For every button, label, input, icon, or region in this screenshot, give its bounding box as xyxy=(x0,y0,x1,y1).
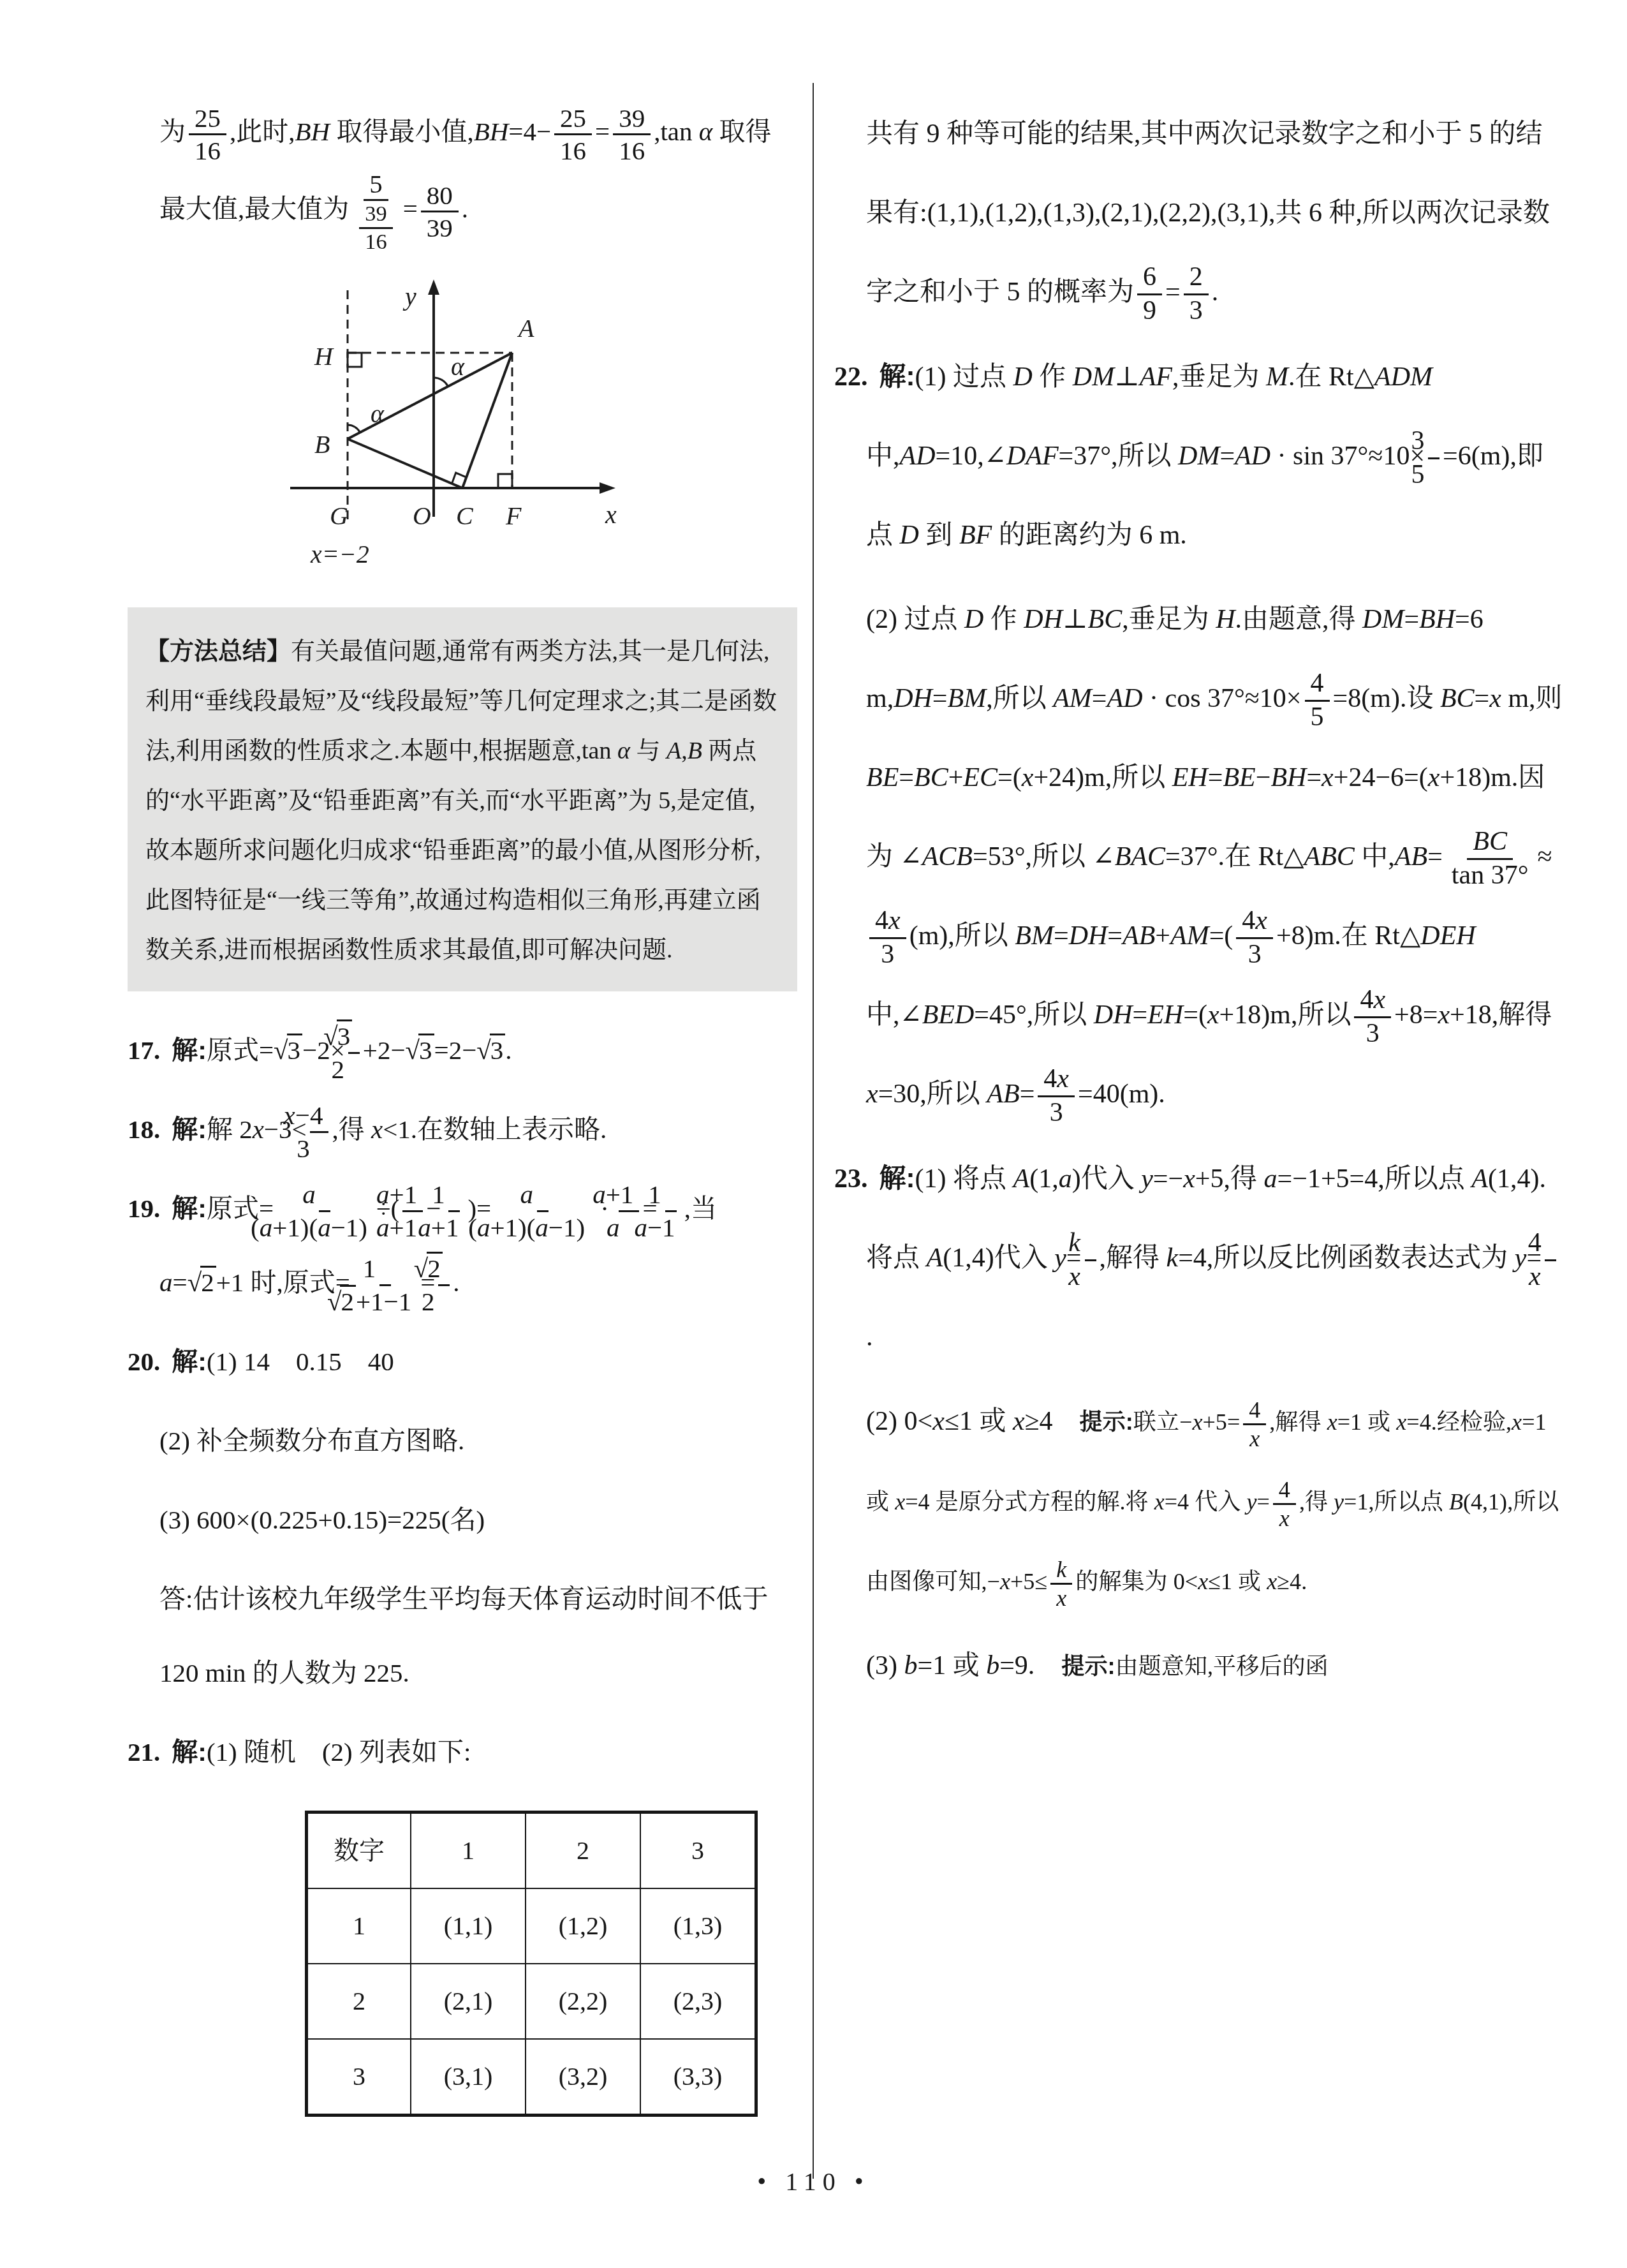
fraction: 1a+1 xyxy=(444,1179,464,1243)
table-cell: (2,1) xyxy=(411,1964,526,2039)
point-label-O: O xyxy=(413,501,431,530)
method-box-text: 有关最值问题,通常有两类方法,其一是几何法,利用“垂线段最短”及“线段最短”等几… xyxy=(145,638,777,963)
table-cell: (2,3) xyxy=(640,1964,756,2039)
table-cell: (1,1) xyxy=(411,1888,526,1964)
textbook-answer-page: 为2516,此时,BH 取得最小值,BH=4−2516=3916,tan α 取… xyxy=(0,0,1627,2268)
item-number: 21. xyxy=(128,1737,160,1767)
solution-paragraph: 17.解:原式=√3−2×√32+2−√3=2−√3. xyxy=(128,1013,797,1087)
solution-item-17: 17.解:原式=√3−2×√32+2−√3=2−√3. xyxy=(128,1013,797,1087)
solution-item-21: 21.解:(1) 随机 (2) 列表如下: 数字 1 2 3 1 (1,1) (… xyxy=(128,1715,797,2117)
angle-arc-B xyxy=(348,425,360,433)
solution-item-20: 20.解:(1) 14 0.15 40 (2) 补全频数分布直方图略. (3) … xyxy=(128,1324,797,1710)
solution-paragraph: 20.解:(1) 14 0.15 40 xyxy=(128,1324,797,1398)
coordinate-figure: y x H A B G O C F α α x=−2 xyxy=(277,268,797,596)
table-header-cell: 数字 xyxy=(307,1812,411,1888)
method-summary-box: 【方法总结】有关最值问题,通常有两类方法,其一是几何法,利用“垂线段最短”及“线… xyxy=(128,607,797,991)
fraction: a(a+1)(a−1) xyxy=(277,1179,373,1243)
solution-item-22: 22.解:(1) 过点 D 作 DM⊥AF,垂足为 M.在 Rt△ADM 中,A… xyxy=(834,337,1563,1134)
figure-21-graph: y x H A B G O C F α α x=−2 xyxy=(277,268,635,568)
angle-label-alpha-axis: α xyxy=(451,352,465,381)
point-label-F: F xyxy=(505,501,522,530)
fraction: 69 xyxy=(1137,262,1162,327)
fraction: kx xyxy=(1050,1556,1072,1612)
item-number: 23. xyxy=(834,1164,868,1194)
solution-paragraph: (3) 600×(0.225+0.15)=225(名) xyxy=(128,1483,797,1557)
solution-paragraph: (2) 补全频数分布直方图略. xyxy=(128,1404,797,1478)
fraction: 4x3 xyxy=(869,905,906,970)
solution-paragraph: 答:估计该校九年级学生平均每天体育运动时间不低于 120 min 的人数为 22… xyxy=(128,1562,797,1710)
solution-paragraph: 18.解:解 2x−3<x−43,得 x<1.在数轴上表示略. xyxy=(128,1092,797,1166)
fraction: 1a−1 xyxy=(661,1179,681,1243)
solution-item-23: 23.解:(1) 将点 A(1,a)代入 y=−x+5,得 a=−1+5=4,所… xyxy=(834,1139,1563,1706)
item-number: 20. xyxy=(128,1347,160,1376)
point-label-G: G xyxy=(330,501,348,530)
table-cell: (1,2) xyxy=(526,1888,640,1964)
solution-paragraph: 23.解:(1) 将点 A(1,a)代入 y=−x+5,得 a=−1+5=4,所… xyxy=(834,1139,1563,1377)
point-label-B: B xyxy=(314,430,330,459)
angle-label-alpha-B: α xyxy=(371,399,385,428)
fraction: 35 xyxy=(1428,426,1439,491)
table-row: 2 (2,1) (2,2) (2,3) xyxy=(307,1964,756,2039)
table-cell: 1 xyxy=(307,1888,411,1964)
outcome-table-wrap: 数字 1 2 3 1 (1,1) (1,2) (1,3) 2 (2,1) xyxy=(305,1811,797,2117)
y-axis-arrow-icon xyxy=(428,279,439,295)
fraction: √22 xyxy=(438,1253,450,1317)
table-header-cell: 2 xyxy=(526,1812,640,1888)
square-root: √3 xyxy=(406,1034,434,1065)
angle-arc-y-axis xyxy=(434,378,448,386)
solution-paragraph: 22.解:(1) 过点 D 作 DM⊥AF,垂足为 M.在 Rt△ADM 中,A… xyxy=(834,337,1563,575)
square-root: √3 xyxy=(323,1019,352,1051)
solution-paragraph: (2) 过点 D 作 DH⊥BC,垂足为 H.由题意,得 DM=BH=6 m,D… xyxy=(834,580,1563,1134)
fraction: 4x xyxy=(1545,1227,1556,1293)
fraction: 2516 xyxy=(189,103,226,167)
solution-item-18: 18.解:解 2x−3<x−43,得 x<1.在数轴上表示略. xyxy=(128,1092,797,1166)
fraction: 23 xyxy=(1184,262,1209,327)
square-root: √2 xyxy=(327,1285,356,1316)
point-label-H: H xyxy=(314,342,334,371)
item-text: 解:(1) 将点 A(1,a)代入 y=−x+5,得 a=−1+5=4,所以点 … xyxy=(866,1164,1559,1352)
solution-paragraph: 21.解:(1) 随机 (2) 列表如下: xyxy=(128,1715,797,1789)
item-text: 解:原式=√3−2×√32+2−√3=2−√3. xyxy=(172,1035,512,1065)
fraction: kx xyxy=(1085,1227,1096,1293)
column-divider xyxy=(813,83,814,2179)
table-cell: (3,3) xyxy=(640,2039,756,2116)
fraction: x−43 xyxy=(310,1100,329,1164)
segment-BC xyxy=(348,439,462,488)
vline-equation-label: x=−2 xyxy=(310,540,369,568)
square-root: √3 xyxy=(274,1034,302,1065)
fraction: a(a+1)(a−1) xyxy=(494,1179,591,1243)
fraction: √32 xyxy=(348,1021,360,1085)
table-row: 1 (1,1) (1,2) (1,3) xyxy=(307,1888,756,1964)
outcome-table: 数字 1 2 3 1 (1,1) (1,2) (1,3) 2 (2,1) xyxy=(305,1811,758,2117)
fraction: 45 xyxy=(1305,668,1330,733)
fraction: 3916 xyxy=(359,201,392,255)
method-box-title: 【方法总结】 xyxy=(145,638,291,665)
item-number: 19. xyxy=(128,1194,160,1223)
item-number: 18. xyxy=(128,1115,160,1144)
fraction: 4x3 xyxy=(1236,905,1273,970)
item-text: 解:(1) 随机 (2) 列表如下: xyxy=(172,1737,471,1767)
solution-item-19: 19.解:原式=a(a+1)(a−1)÷(a+1a+1−1a+1)=a(a+1)… xyxy=(128,1171,797,1319)
segment-CA xyxy=(462,353,512,488)
fraction: 2516 xyxy=(554,103,592,167)
solution-paragraph: 19.解:原式=a(a+1)(a−1)÷(a+1a+1−1a+1)=a(a+1)… xyxy=(128,1171,797,1319)
item-text: 解:解 2x−3<x−43,得 x<1.在数轴上表示略. xyxy=(172,1115,607,1144)
solution-paragraph: (2) 0<x≤1 或 x≥4 提示:联立−x+5=4x,解得 x=1 或 x=… xyxy=(834,1382,1563,1621)
table-header-cell: 1 xyxy=(411,1812,526,1888)
square-root: √3 xyxy=(476,1034,505,1065)
right-column: 共有 9 种等可能的结果,其中两次记录数字之和小于 5 的结果有:(1,1),(… xyxy=(834,94,1563,1711)
item-text: 解:(1) 过点 D 作 DM⊥AF,垂足为 M.在 Rt△ADM 中,AD=1… xyxy=(866,362,1543,550)
point-label-C: C xyxy=(456,501,474,530)
item-text: 解:原式=a(a+1)(a−1)÷(a+1a+1−1a+1)=a(a+1)(a−… xyxy=(159,1194,717,1297)
fraction: 4x3 xyxy=(1354,984,1391,1049)
right-angle-mark-F xyxy=(498,474,512,488)
table-header-cell: 3 xyxy=(640,1812,756,1888)
point-label-A: A xyxy=(517,314,534,343)
table-cell: (3,1) xyxy=(411,2039,526,2116)
fraction: 53916 xyxy=(352,168,399,255)
table-cell: (1,3) xyxy=(640,1888,756,1964)
fraction: 8039 xyxy=(421,180,459,244)
right-angle-mark-H xyxy=(348,353,362,367)
table-cell: 2 xyxy=(307,1964,411,2039)
x-axis-label: x xyxy=(605,500,617,529)
item-text: 解:(1) 14 0.15 40 xyxy=(172,1347,394,1376)
fraction: BCtan 37° xyxy=(1446,826,1535,891)
table-row: 3 (3,1) (3,2) (3,3) xyxy=(307,2039,756,2116)
table-cell: (3,2) xyxy=(526,2039,640,2116)
left-column: 为2516,此时,BH 取得最小值,BH=4−2516=3916,tan α 取… xyxy=(128,94,797,2117)
y-axis-label: y xyxy=(402,282,416,311)
table-cell: (2,2) xyxy=(526,1964,640,2039)
square-root: √2 xyxy=(188,1266,216,1297)
fraction: 1√2+1−1 xyxy=(353,1253,417,1317)
solution-continuation: 为2516,此时,BH 取得最小值,BH=4−2516=3916,tan α 取… xyxy=(128,94,797,255)
fraction: 4x xyxy=(1243,1397,1266,1453)
fraction: 4x xyxy=(1273,1476,1296,1532)
solution-continuation: 共有 9 种等可能的结果,其中两次记录数字之和小于 5 的结果有:(1,1),(… xyxy=(834,94,1563,332)
page-number: • 110 • xyxy=(0,2167,1627,2197)
square-root: √2 xyxy=(414,1252,443,1283)
item-number: 22. xyxy=(834,362,868,392)
fraction: 4x3 xyxy=(1038,1064,1075,1129)
solution-paragraph: (3) b=1 或 b=9. 提示:由题意知,平移后的函 xyxy=(834,1626,1563,1706)
table-header-row: 数字 1 2 3 xyxy=(307,1812,756,1888)
fraction: 3916 xyxy=(613,103,651,167)
x-axis-arrow-icon xyxy=(600,482,615,494)
item-number: 17. xyxy=(128,1035,160,1065)
table-cell: 3 xyxy=(307,2039,411,2116)
